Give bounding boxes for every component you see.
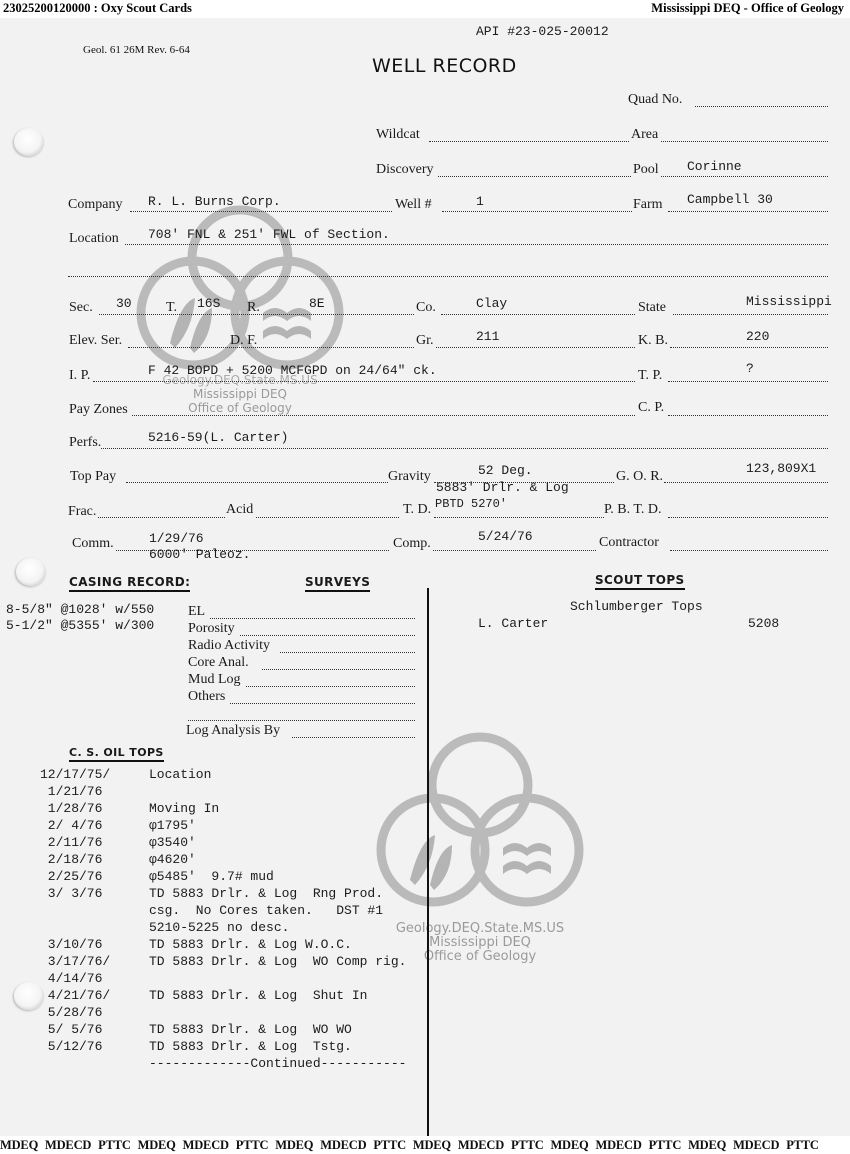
field-farm[interactable] — [668, 211, 828, 212]
mdeq-logo-icon — [375, 730, 585, 920]
label-comm: Comm. — [72, 536, 114, 552]
value-perfs: 5216-59(L. Carter) — [148, 430, 288, 445]
survey-porosity: Porosity — [188, 621, 235, 637]
value-gravity: 52 Deg. — [478, 463, 533, 478]
survey-el: EL — [188, 604, 205, 620]
field-location[interactable] — [125, 244, 828, 245]
log-entry-date: 5/12/76 — [40, 1039, 102, 1054]
scout-tops-heading-text: SCOUT TOPS — [595, 573, 685, 590]
field-state[interactable] — [673, 314, 828, 315]
label-kb: K. B. — [638, 333, 668, 349]
value-state: Mississippi — [746, 294, 832, 309]
label-pay-zones: Pay Zones — [69, 402, 128, 418]
survey-log-analysis-by: Log Analysis By — [186, 723, 280, 739]
casing-row: 5-1/2" @5355' w/300 — [6, 618, 154, 633]
log-entry-text: TD 5883 Drlr. & Log W.O.C. — [149, 937, 352, 952]
watermark-url: Geology.DEQ.State.MS.US — [375, 922, 585, 936]
value-county: Clay — [476, 296, 507, 311]
survey-mud-log: Mud Log — [188, 672, 241, 688]
label-wildcat: Wildcat — [376, 127, 420, 143]
field-discovery[interactable] — [438, 176, 631, 177]
label-state: State — [638, 300, 666, 316]
log-entry-date: 2/11/76 — [40, 835, 102, 850]
log-entry-text: TD 5883 Drlr. & Log WO Comp rig. — [149, 954, 406, 969]
field-pool[interactable] — [661, 176, 828, 177]
value-twp: 16S — [197, 296, 220, 311]
survey-core-anal: Core Anal. — [188, 655, 249, 671]
label-pbtd: P. B. T. D. — [604, 502, 661, 518]
value-kb: 220 — [746, 329, 769, 344]
value-comm: 1/29/76 — [149, 531, 204, 546]
label-discovery: Discovery — [376, 162, 434, 178]
watermark-line1: Mississippi DEQ — [135, 387, 345, 401]
field-contractor[interactable] — [670, 550, 828, 551]
punch-hole-middle — [16, 558, 46, 586]
label-tp: T. P. — [638, 368, 662, 384]
label-quad-no: Quad No. — [628, 92, 682, 108]
survey-others: Others — [188, 689, 225, 705]
value-td-line2: PBTD 5270' — [435, 497, 507, 511]
label-location: Location — [69, 231, 119, 247]
label-elev-ser: Elev. Ser. — [69, 333, 122, 349]
log-entry-date: 2/18/76 — [40, 852, 102, 867]
field-well-no[interactable] — [442, 211, 632, 212]
log-entry-text: φ3540' — [149, 835, 196, 850]
field-survey-el[interactable] — [210, 618, 415, 619]
field-survey-others[interactable] — [230, 703, 415, 704]
scout-tops-subheading: Schlumberger Tops — [570, 599, 703, 614]
value-gr: 211 — [476, 329, 499, 344]
surveys-heading-text: SURVEYS — [305, 575, 370, 592]
watermark-logo-lower: Geology.DEQ.State.MS.US Mississippi DEQ … — [375, 730, 585, 980]
value-rng: 8E — [309, 296, 325, 311]
field-td[interactable] — [434, 517, 604, 518]
log-entry-text: TD 5883 Drlr. & Log Rng Prod. — [149, 886, 383, 901]
label-acid: Acid — [226, 502, 253, 518]
label-farm: Farm — [633, 197, 663, 213]
log-entry-date: 5/28/76 — [40, 1005, 102, 1020]
log-entry-text: TD 5883 Drlr. & Log Tstg. — [149, 1039, 352, 1054]
label-td: T. D. — [403, 502, 431, 518]
field-area[interactable] — [661, 141, 828, 142]
log-entry-text: 5210-5225 no desc. — [149, 920, 289, 935]
log-entry-text: Moving In — [149, 801, 219, 816]
label-gravity: Gravity — [388, 469, 431, 485]
field-perfs[interactable] — [101, 448, 828, 449]
log-entry-date: 12/17/75/ — [40, 767, 110, 782]
field-frac[interactable] — [98, 517, 225, 518]
value-sec: 30 — [116, 296, 132, 311]
section-divider — [427, 588, 429, 1140]
field-log-analysis-by[interactable] — [292, 737, 415, 738]
label-cp: C. P. — [638, 400, 664, 416]
survey-radio-activity: Radio Activity — [188, 638, 270, 654]
label-ip: I. P. — [69, 368, 90, 384]
log-entry-date: 4/21/76/ — [40, 988, 110, 1003]
label-gr: Gr. — [416, 333, 434, 349]
casing-record-heading-text: CASING RECORD: — [69, 575, 190, 592]
field-quad-no[interactable] — [695, 106, 828, 107]
scout-top-name: L. Carter — [478, 616, 548, 631]
log-entry-date: 3/17/76/ — [40, 954, 110, 969]
field-survey-blank[interactable] — [188, 720, 415, 721]
log-entry-date: 3/10/76 — [40, 937, 102, 952]
scout-top-depth: 5208 — [748, 616, 779, 631]
field-tp[interactable] — [668, 381, 828, 382]
log-entry-text: Location — [149, 767, 211, 782]
field-ip[interactable] — [93, 381, 635, 382]
value-comp: 5/24/76 — [478, 529, 533, 544]
label-perfs: Perfs. — [69, 435, 101, 451]
log-entry-date: 2/ 4/76 — [40, 818, 102, 833]
field-gor[interactable] — [664, 482, 828, 483]
label-frac: Frac. — [68, 504, 96, 520]
well-record-card: Geology.DEQ.State.MS.US Mississippi DEQ … — [0, 18, 850, 1136]
punch-hole-top — [14, 128, 44, 156]
log-entry-date: 3/ 3/76 — [40, 886, 102, 901]
field-county[interactable] — [441, 314, 635, 315]
field-company[interactable] — [130, 211, 392, 212]
field-pbtd[interactable] — [668, 517, 828, 518]
document-header-left: 23025200120000 : Oxy Scout Cards — [3, 0, 192, 18]
field-top-pay[interactable] — [126, 482, 388, 483]
log-entry-date: 5/ 5/76 — [40, 1022, 102, 1037]
field-elev-ser[interactable] — [128, 347, 414, 348]
api-number: API #23-025-20012 — [476, 24, 609, 39]
value-pool: Corinne — [687, 159, 742, 174]
log-entry-text: φ1795' — [149, 818, 196, 833]
log-entry-text: csg. No Cores taken. DST #1 — [149, 903, 383, 918]
field-survey-core-anal[interactable] — [262, 669, 415, 670]
log-entry-text: φ5485' 9.7# mud — [149, 869, 274, 884]
log-entry-text: TD 5883 Drlr. & Log WO WO — [149, 1022, 352, 1037]
label-comp: Comp. — [393, 536, 431, 552]
field-wildcat[interactable] — [429, 141, 629, 142]
field-gr[interactable] — [436, 347, 635, 348]
label-rng: R. — [247, 300, 260, 316]
scout-tops-heading: SCOUT TOPS — [595, 573, 685, 587]
field-cp[interactable] — [668, 415, 828, 416]
watermark-line2: Office of Geology — [135, 401, 345, 415]
field-survey-radio-activity[interactable] — [280, 652, 415, 653]
label-well-no: Well # — [395, 197, 432, 213]
continued-marker: -------------Continued----------- — [149, 1056, 406, 1071]
value-well-no: 1 — [476, 194, 484, 209]
field-location-line2[interactable] — [68, 276, 828, 277]
log-entry-date: 2/25/76 — [40, 869, 102, 884]
casing-record-heading: CASING RECORD: — [69, 575, 190, 589]
field-survey-porosity[interactable] — [240, 635, 415, 636]
log-entry-date: 1/21/76 — [40, 784, 102, 799]
log-entry-date: 4/14/76 — [40, 971, 102, 986]
label-contractor: Contractor — [599, 535, 659, 551]
field-comp[interactable] — [433, 550, 596, 551]
log-entry-date: 1/28/76 — [40, 801, 102, 816]
label-sec: Sec. — [69, 300, 93, 316]
label-gor: G. O. R. — [616, 469, 663, 485]
value-location: 708' FNL & 251' FWL of Section. — [148, 227, 390, 242]
value-company: R. L. Burns Corp. — [148, 194, 281, 209]
casing-row: 8-5/8" @1028' w/550 — [6, 602, 154, 617]
document-footer: MDEQ MDECD PTTC MDEQ MDECD PTTC MDEQ MDE… — [0, 1136, 850, 1154]
value-farm: Campbell 30 — [687, 192, 773, 207]
field-pay-zones[interactable] — [132, 415, 635, 416]
label-area: Area — [631, 127, 658, 143]
value-gor: 123,809X1 — [746, 461, 816, 476]
watermark-line1: Mississippi DEQ — [375, 936, 585, 950]
page-title: WELL RECORD — [372, 55, 517, 77]
log-entry-text: TD 5883 Drlr. & Log Shut In — [149, 988, 367, 1003]
value-ip: F 42 BOPD + 5200 MCFGPD on 24/64" ck. — [148, 363, 437, 378]
label-top-pay: Top Pay — [70, 469, 116, 485]
surveys-heading: SURVEYS — [305, 575, 370, 589]
label-pool: Pool — [633, 162, 659, 178]
label-company: Company — [68, 197, 122, 213]
oil-tops-heading: C. S. OIL TOPS — [69, 746, 164, 759]
oil-tops-heading-text: C. S. OIL TOPS — [69, 746, 164, 762]
watermark-line2: Office of Geology — [375, 950, 585, 964]
field-survey-mud-log[interactable] — [246, 686, 415, 687]
label-county: Co. — [416, 300, 436, 316]
label-twp: T. — [166, 300, 177, 316]
field-kb[interactable] — [670, 347, 828, 348]
value-tp: ? — [746, 361, 754, 376]
document-header-right: Mississippi DEQ - Office of Geology — [651, 0, 844, 18]
value-comm-note: 6000' Paleoz. — [149, 547, 250, 562]
value-td-line1: 5883' Drlr. & Log — [436, 480, 569, 495]
log-entry-text: φ4620' — [149, 852, 196, 867]
label-df: D. F. — [230, 333, 257, 349]
form-code: Geol. 61 26M Rev. 6-64 — [83, 44, 190, 56]
field-acid[interactable] — [256, 517, 399, 518]
